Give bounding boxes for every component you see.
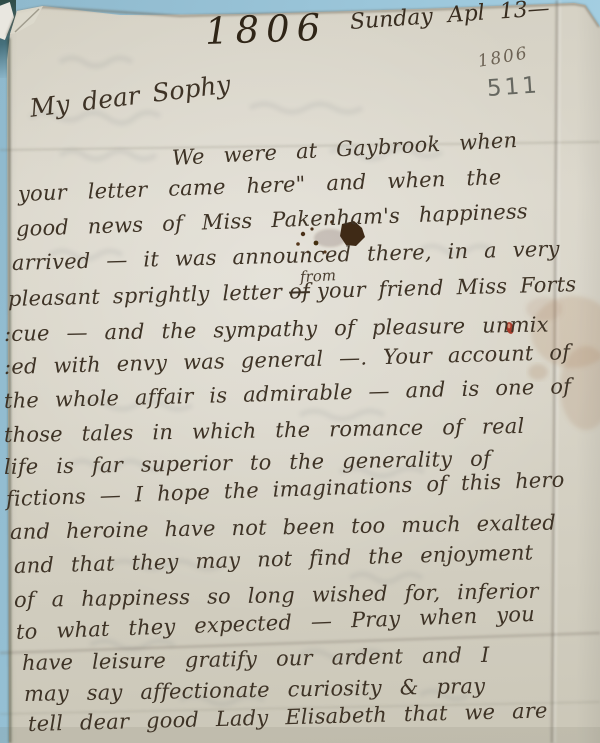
letter-line: and that they may not find the enjoyment [14,540,534,578]
struck-word: of [289,279,310,304]
letter-line: We were at Gaybrook when [171,128,518,170]
salutation: My dear Sophy [28,70,232,123]
archive-number: 511 [486,72,541,102]
letter-line: :ed with envy was general —. Your accoun… [4,340,571,379]
date-line: Sunday Apl 13— [349,0,550,35]
handwriting-layer: 1806 Sunday Apl 13— 1806 511 My dear Sop… [0,0,600,743]
letter-line: :cue — and the sympathy of pleasure unmi… [4,312,549,346]
letter-line: your letter came here" and when the [18,165,502,206]
letter-line: good news of Miss Pakenham's happiness [16,199,529,241]
letter-photograph: 1806 Sunday Apl 13— 1806 511 My dear Sop… [0,0,600,743]
year-annotation-large: 1806 [204,6,328,53]
letter-line: have leisure gratify our ardent and I [22,643,490,675]
line-segment: your friend Miss Forts [317,272,577,303]
letter-line: and heroine have not been too much exalt… [10,510,556,544]
letter-line: the whole affair is admirable — and is o… [4,374,572,413]
letter-line: arrived — it was announced there, in a v… [12,237,560,275]
letter-line: those tales in which the romance of real [4,414,525,447]
letter-line-with-correction: pleasant sprightly letterofyour friend M… [8,272,577,311]
line-segment: pleasant sprightly letter [8,280,283,311]
year-annotation-small: 1806 [476,43,530,72]
